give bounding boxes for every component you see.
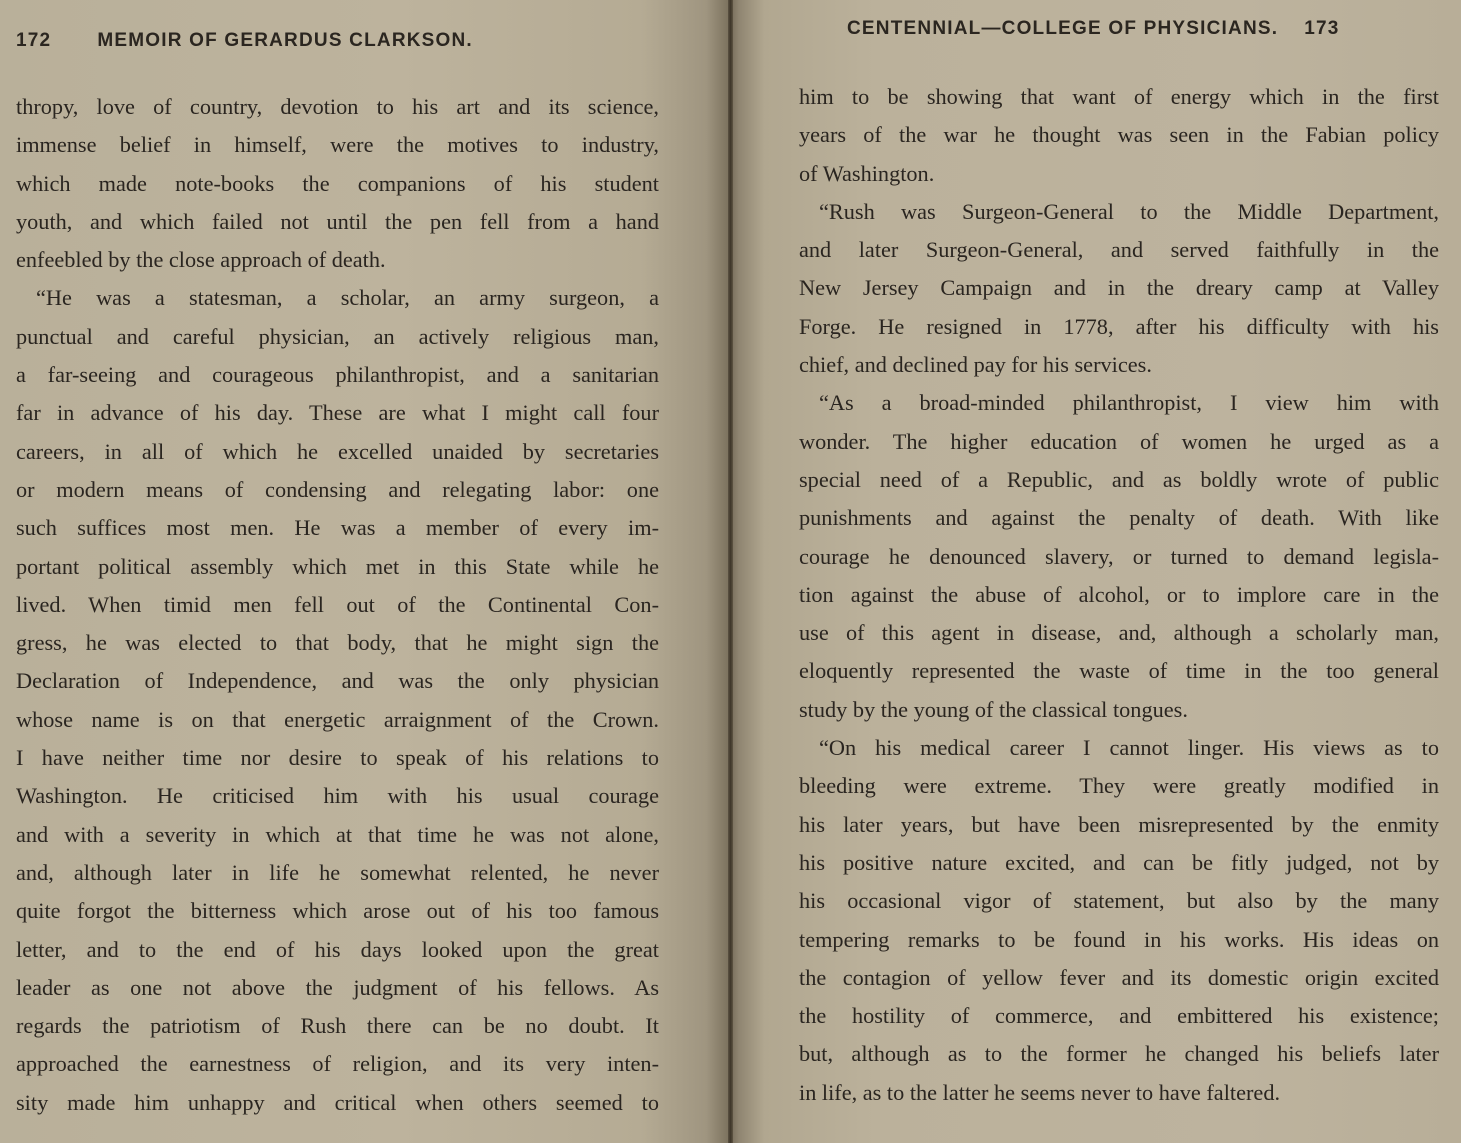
right-running-title: CENTENNIAL—COLLEGE OF PHYSICIANS.	[847, 18, 1278, 39]
text-line: approached the earnestness of religion, …	[16, 1045, 659, 1083]
text-line: the hostility of commerce, and embittere…	[799, 997, 1439, 1035]
text-line: sity made him unhappy and critical when …	[16, 1084, 659, 1122]
text-line: quite forgot the bitterness which arose …	[16, 892, 659, 930]
text-line: portant political assembly which met in …	[16, 548, 659, 586]
left-body-text: thropy, love of country, devotion to his…	[16, 88, 659, 1122]
text-line: bleeding were extreme. They were greatly…	[799, 767, 1439, 805]
left-running-head: 172MEMOIR OF GERARDUS CLARKSON.	[16, 30, 576, 52]
left-page: 172MEMOIR OF GERARDUS CLARKSON. thropy, …	[0, 0, 728, 1143]
text-line: years of the war he thought was seen in …	[799, 116, 1439, 154]
text-line: Washington. He criticised him with his u…	[16, 777, 659, 815]
text-line: Forge. He resigned in 1778, after his di…	[799, 308, 1439, 346]
left-running-title: MEMOIR OF GERARDUS CLARKSON.	[97, 30, 473, 51]
text-line: thropy, love of country, devotion to his…	[16, 88, 659, 126]
text-line: “He was a statesman, a scholar, an army …	[16, 279, 659, 317]
text-line: far in advance of his day. These are wha…	[16, 394, 659, 432]
text-line: “On his medical career I cannot linger. …	[799, 729, 1439, 767]
book-spread: 172MEMOIR OF GERARDUS CLARKSON. thropy, …	[0, 0, 1461, 1143]
text-line: his positive nature excited, and can be …	[799, 844, 1439, 882]
book-gutter	[728, 0, 733, 1143]
text-line: New Jersey Campaign and in the dreary ca…	[799, 269, 1439, 307]
text-line: “As a broad-minded philanthropist, I vie…	[799, 384, 1439, 422]
text-line: special need of a Republic, and as boldl…	[799, 461, 1439, 499]
right-body-text: him to be showing that want of energy wh…	[799, 78, 1439, 1112]
text-line: punctual and careful physician, an activ…	[16, 318, 659, 356]
text-line: youth, and which failed not until the pe…	[16, 203, 659, 241]
text-line: which made note-books the companions of …	[16, 165, 659, 203]
text-line: and, although later in life he somewhat …	[16, 854, 659, 892]
text-line: and with a severity in which at that tim…	[16, 816, 659, 854]
text-line: use of this agent in disease, and, altho…	[799, 614, 1439, 652]
text-line: the contagion of yellow fever and its do…	[799, 959, 1439, 997]
text-line: I have neither time nor desire to speak …	[16, 739, 659, 777]
text-line: gress, he was elected to that body, that…	[16, 624, 659, 662]
text-line: and later Surgeon-General, and served fa…	[799, 231, 1439, 269]
text-line: regards the patriotism of Rush there can…	[16, 1007, 659, 1045]
text-line: but, although as to the former he change…	[799, 1035, 1439, 1073]
text-line: study by the young of the classical tong…	[799, 691, 1439, 729]
text-line: Declaration of Independence, and was the…	[16, 662, 659, 700]
text-line: in life, as to the latter he seems never…	[799, 1074, 1439, 1112]
text-line: careers, in all of which he excelled una…	[16, 433, 659, 471]
text-line: leader as one not above the judgment of …	[16, 969, 659, 1007]
text-line: punishments and against the penalty of d…	[799, 499, 1439, 537]
text-line: eloquently represented the waste of time…	[799, 652, 1439, 690]
text-line: chief, and declined pay for his services…	[799, 346, 1439, 384]
text-line: him to be showing that want of energy wh…	[799, 78, 1439, 116]
right-page-number: 173	[1304, 18, 1339, 39]
text-line: wonder. The higher education of women he…	[799, 423, 1439, 461]
text-line: lived. When timid men fell out of the Co…	[16, 586, 659, 624]
text-line: tion against the abuse of alcohol, or to…	[799, 576, 1439, 614]
right-page: CENTENNIAL—COLLEGE OF PHYSICIANS.173 him…	[728, 0, 1461, 1143]
text-line: letter, and to the end of his days looke…	[16, 931, 659, 969]
text-line: tempering remarks to be found in his wor…	[799, 921, 1439, 959]
text-line: his occasional vigor of statement, but a…	[799, 882, 1439, 920]
text-line: courage he denounced slavery, or turned …	[799, 538, 1439, 576]
text-line: immense belief in himself, were the moti…	[16, 126, 659, 164]
left-page-number: 172	[16, 30, 51, 51]
text-line: or modern means of condensing and relega…	[16, 471, 659, 509]
text-line: “Rush was Surgeon-General to the Middle …	[799, 193, 1439, 231]
text-line: such suffices most men. He was a member …	[16, 509, 659, 547]
text-line: whose name is on that energetic arraignm…	[16, 701, 659, 739]
text-line: enfeebled by the close approach of death…	[16, 241, 659, 279]
text-line: of Washington.	[799, 155, 1439, 193]
text-line: a far-seeing and courageous philanthropi…	[16, 356, 659, 394]
text-line: his later years, but have been misrepres…	[799, 806, 1439, 844]
right-running-head: CENTENNIAL—COLLEGE OF PHYSICIANS.173	[847, 18, 1439, 40]
